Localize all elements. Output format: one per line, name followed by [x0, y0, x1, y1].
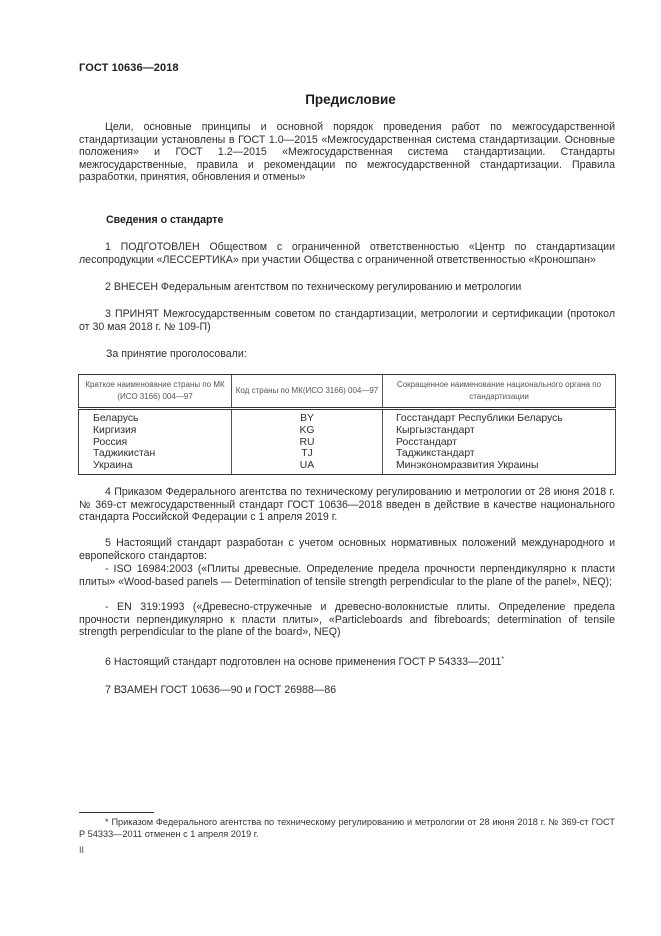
cell-country: Киргизия — [79, 425, 232, 437]
voted-label: За принятие проголосовали: — [106, 348, 247, 360]
cell-organ: Таджикстандарт — [383, 448, 616, 460]
cell-code: BY — [232, 409, 383, 425]
column-header-code: Код страны по МК(ИСО 3166) 004—97 — [232, 375, 383, 409]
cell-organ: Кыргызстандарт — [383, 425, 616, 437]
item-4: 4 Приказом Федерального агентства по тех… — [79, 486, 615, 524]
cell-organ: Минэкономразвития Украины — [383, 460, 616, 474]
document-code: ГОСТ 10636—2018 — [79, 62, 179, 74]
table-row: КиргизияKGКыргызстандарт — [79, 425, 616, 437]
cell-organ: Росстандарт — [383, 437, 616, 449]
item-3: 3 ПРИНЯТ Межгосударственным советом по с… — [79, 308, 615, 333]
page-number: II — [79, 845, 84, 855]
cell-code: KG — [232, 425, 383, 437]
cell-country: Таджикистан — [79, 448, 232, 460]
table-row: РоссияRUРосстандарт — [79, 437, 616, 449]
item-5b: - EN 319:1993 («Древесно-стружечные и др… — [79, 601, 615, 639]
cell-organ: Госстандарт Республики Беларусь — [383, 409, 616, 425]
column-header-country: Краткое наименование страны по МК (ИСО 3… — [79, 375, 232, 409]
cell-code: UA — [232, 460, 383, 474]
column-header-organ: Сокращенное наименование национального о… — [383, 375, 616, 409]
table-row: УкраинаUAМинэкономразвития Украины — [79, 460, 616, 474]
item-7: 7 ВЗАМЕН ГОСТ 10636—90 и ГОСТ 26988—86 — [79, 684, 615, 697]
document-page: ГОСТ 10636—2018 Предисловие Цели, основн… — [0, 0, 661, 936]
voting-table: Краткое наименование страны по МК (ИСО 3… — [78, 374, 616, 475]
item-1: 1 ПОДГОТОВЛЕН Обществом с ограниченной о… — [79, 241, 615, 266]
item-5: 5 Настоящий стандарт разработан с учетом… — [79, 537, 615, 562]
cell-country: Россия — [79, 437, 232, 449]
section-heading: Сведения о стандарте — [106, 214, 223, 226]
cell-country: Беларусь — [79, 409, 232, 425]
footnote-marker: * — [501, 656, 504, 663]
table-row: БеларусьBYГосстандарт Республики Беларус… — [79, 409, 616, 425]
intro-paragraph: Цели, основные принципы и основной поряд… — [79, 121, 615, 184]
item-5a: - ISO 16984:2003 («Плиты древесные. Опре… — [79, 563, 615, 588]
cell-code: RU — [232, 437, 383, 449]
footnote-divider — [79, 812, 154, 813]
table-row: ТаджикистанTJТаджикстандарт — [79, 448, 616, 460]
footnote: * Приказом Федерального агентства по тех… — [79, 817, 615, 840]
cell-country: Украина — [79, 460, 232, 474]
item-6: 6 Настоящий стандарт подготовлен на осно… — [79, 656, 615, 669]
item-2: 2 ВНЕСЕН Федеральным агентством по техни… — [79, 281, 615, 294]
page-title: Предисловие — [0, 92, 661, 107]
cell-code: TJ — [232, 448, 383, 460]
